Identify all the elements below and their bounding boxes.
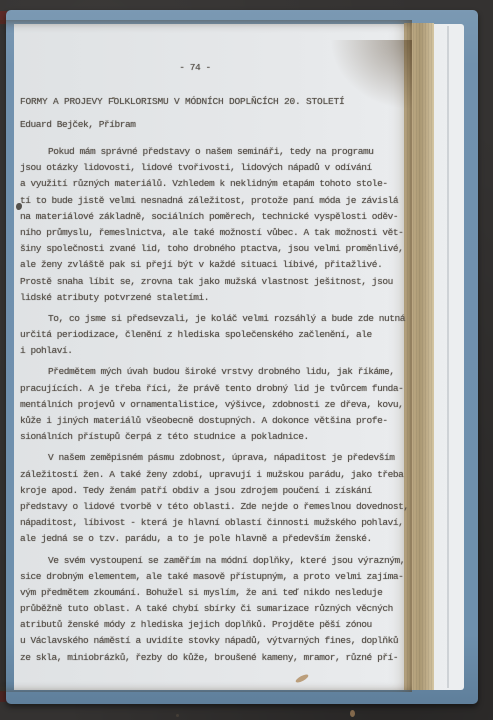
text-line: vým předmětem zkoumání. Bohužel si myslí… (20, 585, 412, 601)
text-line: pracujících. A je třeba říci, že právě t… (20, 381, 412, 397)
text-line: kůže i jiných materiálů všeobecně dostup… (20, 413, 412, 429)
paragraph: V našem zeměpisném pásmu zdobnost, úprav… (20, 450, 412, 547)
text-line: To, co jsme si předsevzali, je koláč vel… (20, 311, 412, 327)
page-content: - 74 - FORMY A PROJEVY FOLKLORISMU V MÓD… (0, 20, 412, 692)
text-line: ze skla, miniobrázků, řezby do kůže, bro… (20, 650, 412, 666)
text-line: Prostě snaha líbit se, zrovna tak jako m… (20, 274, 412, 290)
page-stain (350, 710, 355, 717)
text-line: sionálních přístupů čerpá z této studnic… (20, 429, 412, 445)
text-line: mentálních projevů v ornamentalistice, v… (20, 397, 412, 413)
paragraph: To, co jsme si předsevzali, je koláč vel… (20, 311, 412, 360)
text-line: sice drobným elementem, ale také masově … (20, 569, 412, 585)
paragraph: Pokud mám správné představy o našem semi… (20, 144, 412, 306)
text-line: lidské atributy potvrzené staletími. (20, 290, 412, 306)
text-line: na materiálové základně, sociálních pomě… (20, 209, 412, 225)
endpaper-crease (447, 26, 449, 688)
text-line: představy o lidové tvorbě v této oblasti… (20, 499, 412, 515)
text-line: Pokud mám správné představy o našem semi… (20, 144, 412, 160)
paragraph: Ve svém vystoupení se zaměřím na módní d… (20, 553, 412, 666)
page-number: - 74 - (0, 62, 390, 73)
page-title: FORMY A PROJEVY FOLKLORISMU V MÓDNÍCH DO… (20, 96, 345, 107)
text-line: nápaditost, líbivost - která je hlavní o… (20, 515, 412, 531)
photo-of-book-page: { "page": { "number_label": "- 74 -", "t… (0, 0, 493, 720)
text-line: tí to bude jistě velmi nesnadná záležito… (20, 193, 412, 209)
text-line: určitá periodizace, členění z hlediska s… (20, 327, 412, 343)
text-line: kroje apod. Tedy ženám patří obdiv a jso… (20, 483, 412, 499)
text-line: Ve svém vystoupení se zaměřím na módní d… (20, 553, 412, 569)
text-line: a využití různých materiálů. Vzhledem k … (20, 176, 412, 192)
text-line: záležitostí žen. A také ženy zdobí, upra… (20, 467, 412, 483)
text-line: ního průmyslu, řemeslnictva, ale také mo… (20, 225, 412, 241)
text-line: i pohlaví. (20, 343, 412, 359)
paragraph: Předmětem mých úvah budou široké vrstvy … (20, 364, 412, 445)
text-line: Předmětem mých úvah budou široké vrstvy … (20, 364, 412, 380)
text-line: šiny společnosti zvané lid, toho drobnéh… (20, 241, 412, 257)
page-speck (176, 714, 179, 717)
text-line: ale jedná se o tzv. parádu, a to je pole… (20, 531, 412, 547)
text-line: jsou otázky lidovosti, lidové tvořivosti… (20, 160, 412, 176)
text-line: ale ženy zvláště pak si přejí být v každ… (20, 257, 412, 273)
text-line: průběžně tuto oblast. A také chybí sbírk… (20, 601, 412, 617)
text-line: V našem zeměpisném pásmu zdobnost, úprav… (20, 450, 412, 466)
body-text: Pokud mám správné představy o našem semi… (20, 144, 412, 671)
text-line: u Václavského náměstí a uvidíte stovky n… (20, 633, 412, 649)
text-line: atributů ženské módy z hlediska jejich d… (20, 617, 412, 633)
author-line: Eduard Bejček, Příbram (20, 119, 136, 130)
